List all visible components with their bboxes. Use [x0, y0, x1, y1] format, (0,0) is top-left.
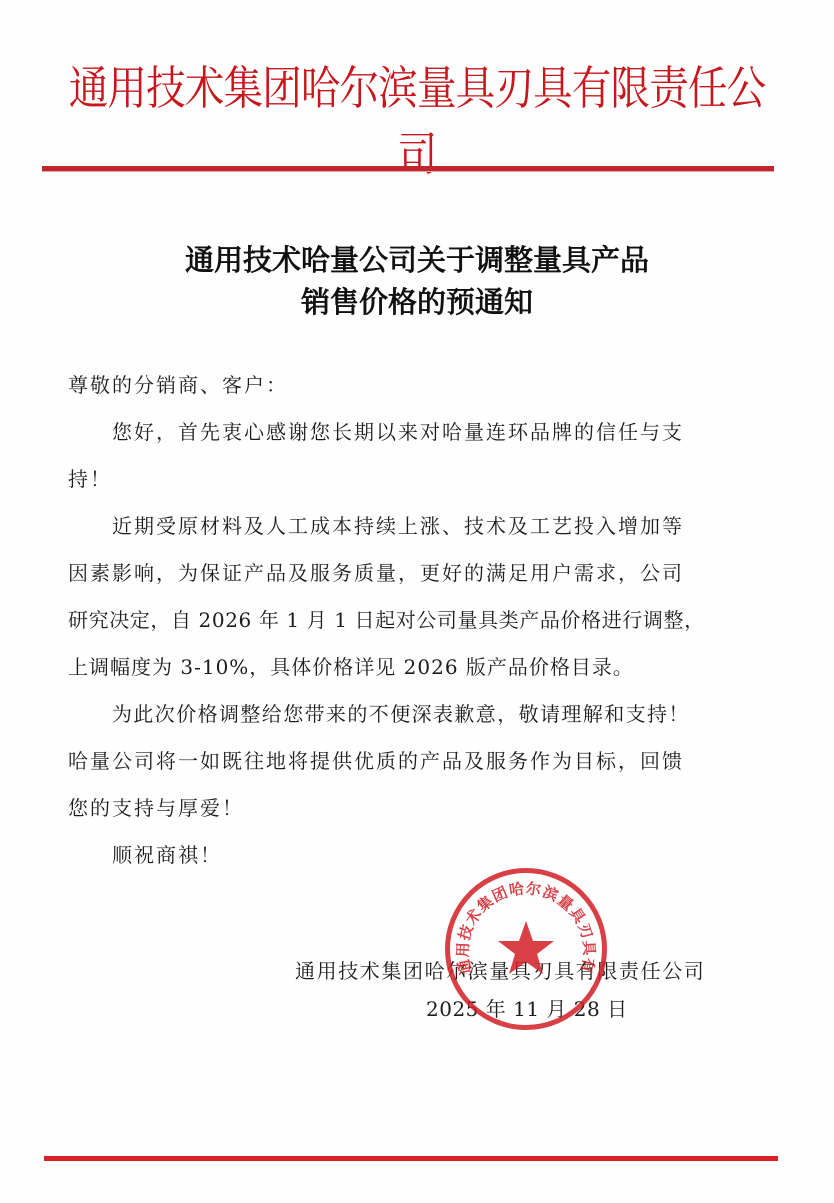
body-line: 为此次价格调整给您带来的不便深表歉意，敬请理解和支持！	[112, 702, 812, 726]
body-line: 持！	[68, 467, 768, 491]
body-line: 上调幅度为 3-10%，具体价格详见 2026 版产品价格目录。	[68, 655, 768, 679]
salutation: 尊敬的分销商、客户：	[68, 373, 768, 397]
body-line: 顺祝商祺！	[112, 843, 812, 867]
footer-divider	[44, 1156, 778, 1161]
body-line: 您好，首先衷心感谢您长期以来对哈量连环品牌的信任与支	[112, 420, 812, 444]
body-line: 哈量公司将一如既往地将提供优质的产品及服务作为目标，回馈	[68, 749, 768, 773]
body-line: 因素影响，为保证产品及服务质量，更好的满足用户需求，公司	[68, 561, 768, 585]
company-seal: 通用技术集团哈尔滨量具刃具有限责任公司	[445, 868, 607, 1030]
masthead-company-name: 通用技术集团哈尔滨量具刃具有限责任公司	[58, 52, 775, 184]
body-line: 近期受原材料及人工成本持续上涨、技术及工艺投入增加等	[112, 514, 812, 538]
notice-title-line-1: 通用技术哈量公司关于调整量具产品	[0, 238, 834, 279]
masthead-divider	[42, 166, 774, 172]
body-line: 研究决定，自 2026 年 1 月 1 日起对公司量具类产品价格进行调整，	[68, 608, 768, 632]
body-line: 您的支持与厚爱！	[68, 796, 768, 820]
star-icon	[498, 921, 554, 974]
notice-title-line-2: 销售价格的预通知	[0, 280, 834, 321]
